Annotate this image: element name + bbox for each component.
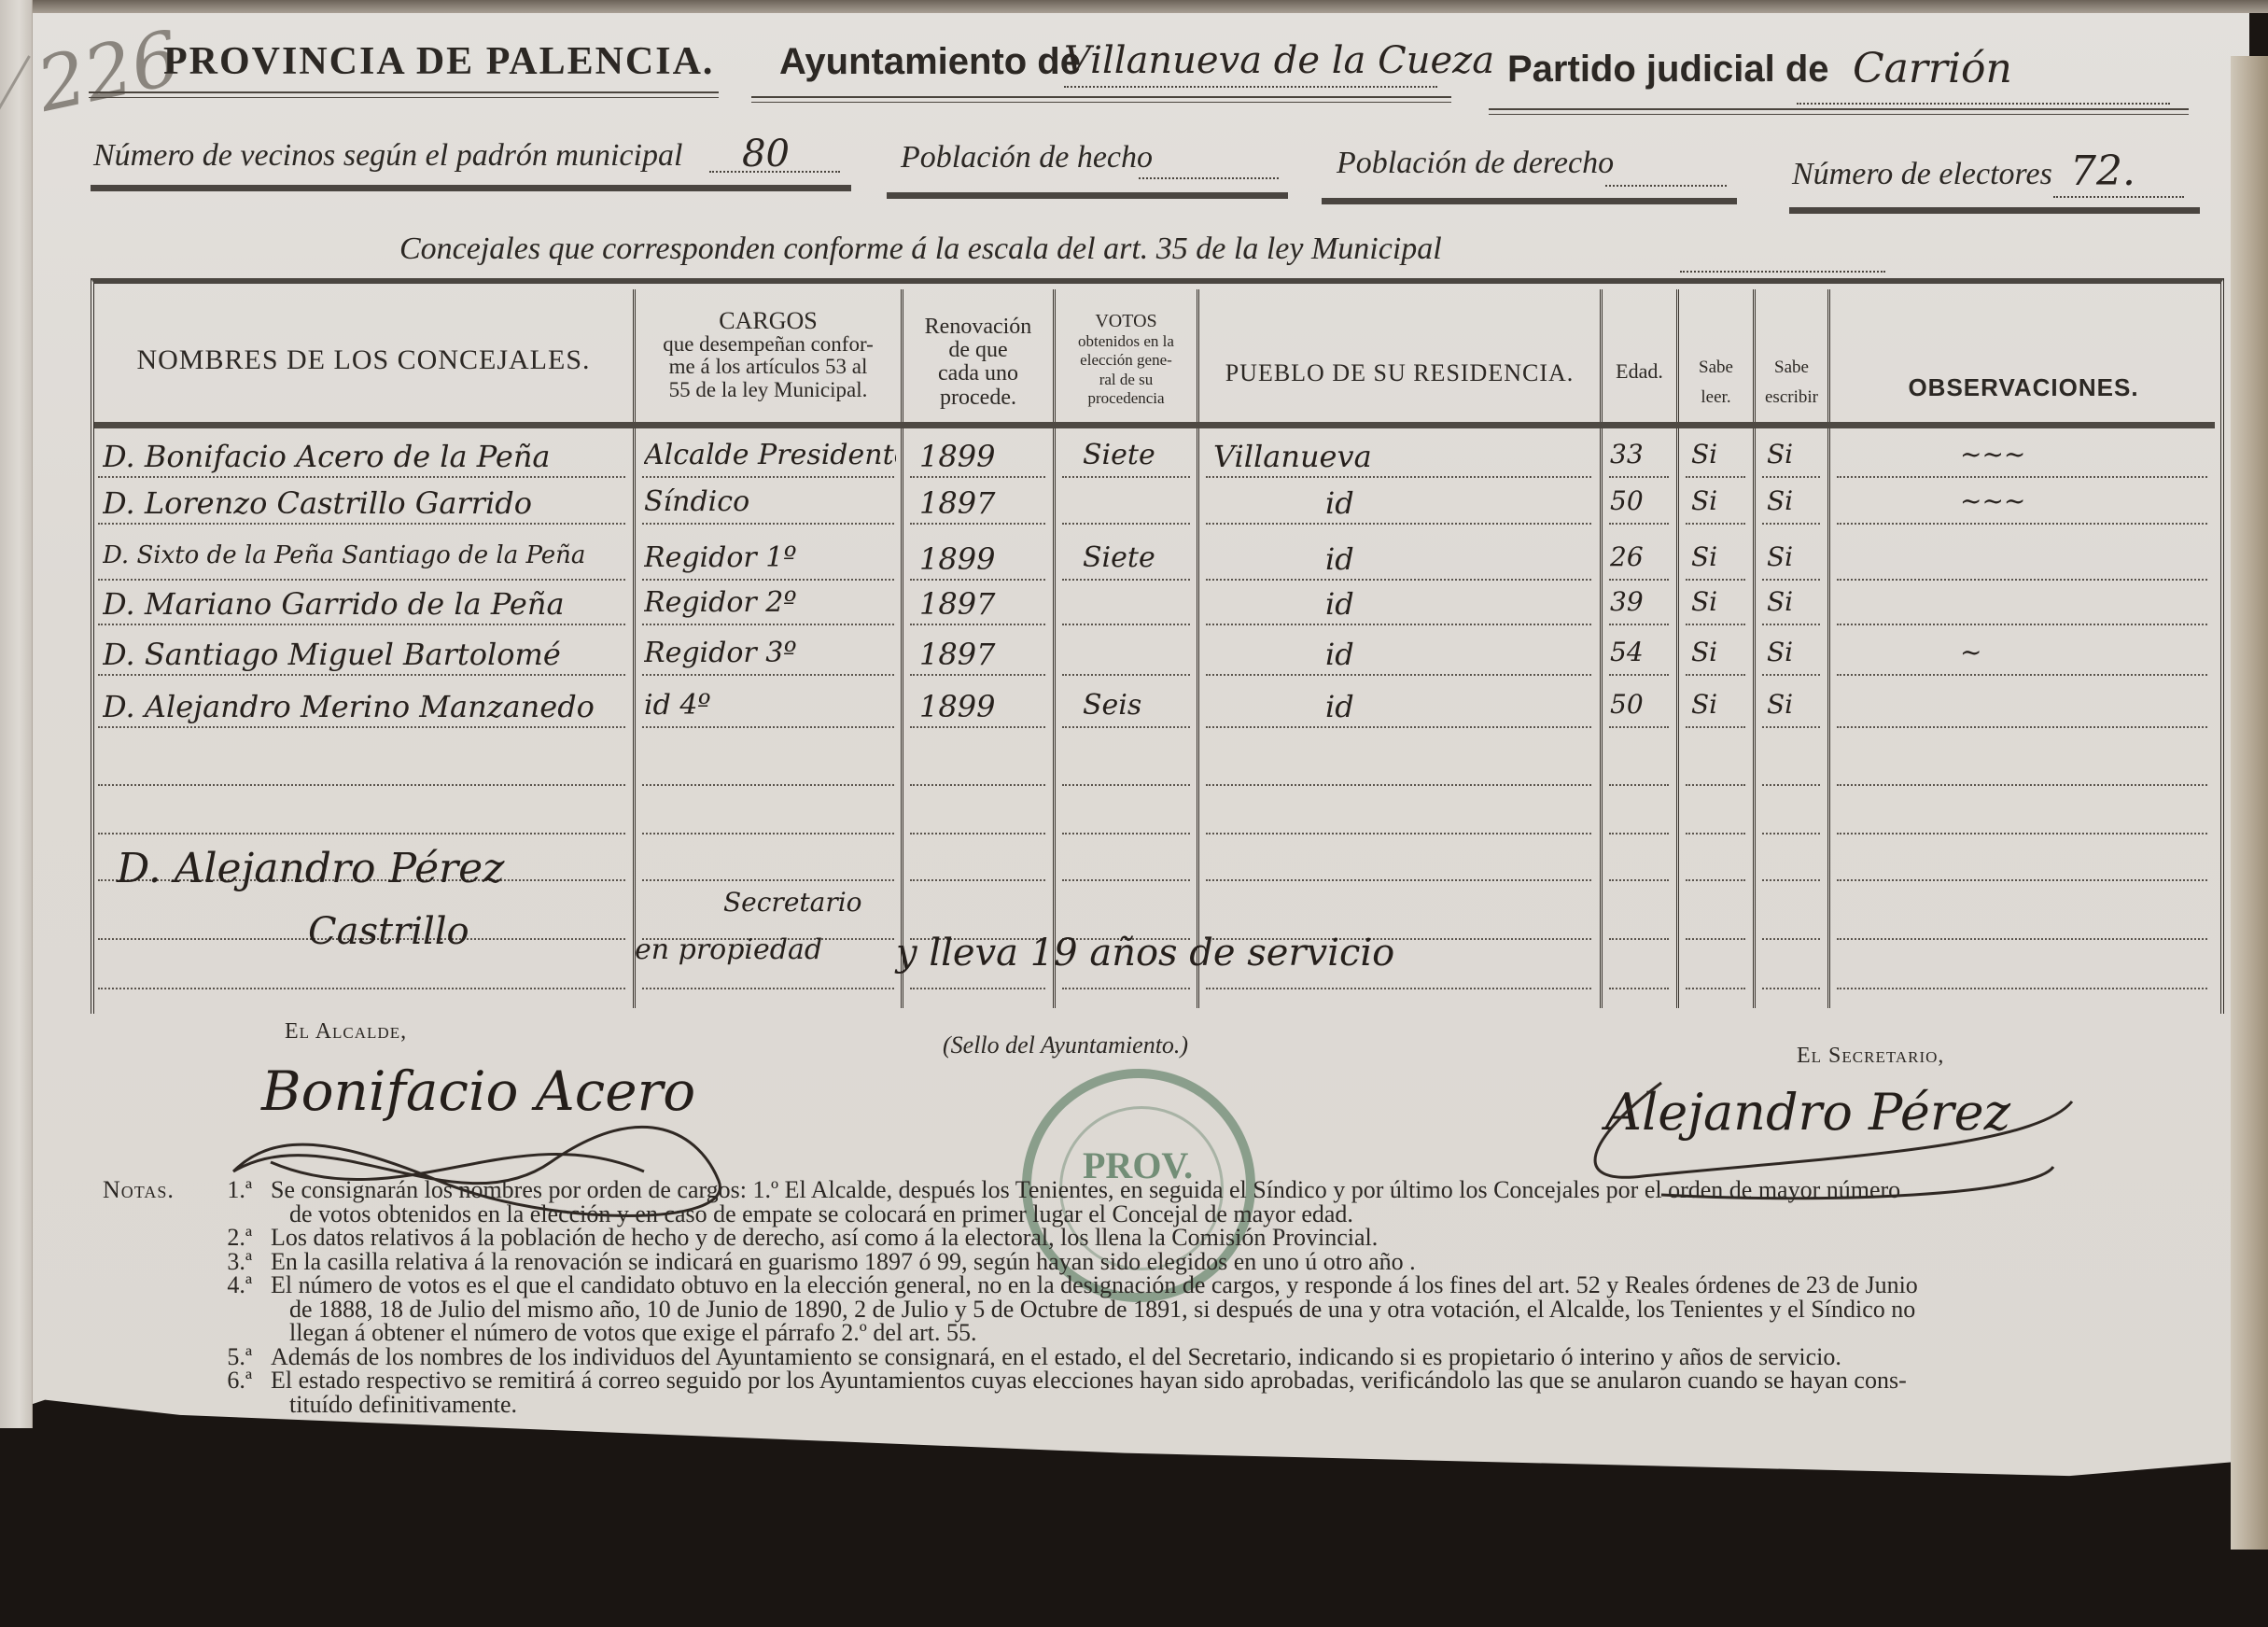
header-votos-sub-2: elección gene- [1056,351,1197,370]
row-dotted-guide [1762,938,1820,940]
row-dotted-guide [1609,726,1669,728]
row-dotted-guide [1206,988,1591,989]
poblacion-derecho-underline [1322,198,1737,204]
partido-label: Partido judicial de [1507,49,1829,91]
note-line: 4.ªEl número de votos es el que el candi… [103,1273,2212,1297]
row-dotted-guide [1206,784,1591,786]
row-dotted-guide [1206,726,1591,728]
note-number [103,1202,271,1227]
provincia-underline [89,91,719,93]
cell-votos: Siete [1083,439,1155,471]
notes-section: Notas. 1.ªSe consignarán los nombres por… [103,1178,2212,1416]
cell-pueblo: id [1325,485,1354,521]
cell-sabe-leer: Si [1691,637,1717,667]
note-number [103,1321,271,1345]
row-dotted-guide [910,879,1045,881]
poblacion-derecho-dotted-line [1605,185,1727,187]
row-dotted-guide [642,879,894,881]
cell-sabe-escribir: Si [1767,439,1793,470]
electores-underline [1789,207,2200,214]
cell-cargo: Regidor 1º [644,541,796,574]
cell-renovacion: 1899 [919,689,995,724]
partido-underline [1489,108,2189,110]
secretario-nombre-line1: D. Alejandro Pérez [117,845,504,892]
cell-pueblo: id [1325,541,1354,577]
row-dotted-guide [642,674,894,676]
row-dotted-guide [1609,476,1669,478]
alcalde-signature: Bonifacio Acero [261,1059,695,1123]
cell-edad: 50 [1610,485,1644,516]
cell-edad: 26 [1610,541,1644,572]
page-top-edge [0,0,2268,13]
cell-pueblo: id [1325,689,1354,724]
row-dotted-guide [642,523,894,525]
row-dotted-guide [1686,674,1745,676]
cell-edad: 54 [1610,637,1644,667]
provincia-title: PROVINCIA DE PALENCIA. [163,39,714,84]
sello-label: (Sello del Ayuntamiento.) [943,1031,1188,1059]
note-number [103,1393,271,1417]
row-dotted-guide [1609,938,1669,940]
col-divider-edad [1600,289,1603,1008]
notes-list: 1.ªSe consignarán los nombres por orden … [103,1178,2212,1416]
row-dotted-guide [642,784,894,786]
row-dotted-guide [98,624,625,625]
row-dotted-guide [1686,879,1745,881]
row-dotted-guide [1206,579,1591,581]
row-dotted-guide [1206,879,1591,881]
row-dotted-guide [1686,938,1745,940]
note-text: llegan á obtener el número de votos que … [271,1321,977,1345]
note-line: 3.ªEn la casilla relativa á la renovació… [103,1250,2212,1274]
cell-nombre: D. Lorenzo Castrillo Garrido [103,485,532,521]
vecinos-value: 80 [742,133,790,175]
ayuntamiento-label: Ayuntamiento de [779,41,1081,83]
ayuntamiento-value: Villanueva de la Cueza [1064,39,1494,82]
row-dotted-guide [1762,726,1820,728]
cell-renovacion: 1899 [919,541,995,577]
row-dotted-guide [1062,784,1190,786]
cell-edad: 33 [1610,439,1644,470]
row-dotted-guide [1837,988,2207,989]
row-dotted-guide [98,833,625,835]
row-dotted-guide [1062,476,1190,478]
row-dotted-guide [1206,476,1591,478]
cell-edad: 39 [1610,586,1644,617]
notes-heading: Notas. [103,1178,175,1202]
cell-observaciones: ~~~ [1960,485,2025,516]
row-dotted-guide [1762,784,1820,786]
row-dotted-guide [1837,784,2207,786]
poblacion-derecho-label: Población de derecho [1337,146,1614,181]
cell-sabe-escribir: Si [1767,586,1793,617]
note-line: 2.ªLos datos relativos á la población de… [103,1226,2212,1250]
cell-sabe-leer: Si [1691,541,1717,572]
row-dotted-guide [98,523,625,525]
header-votos-sub-3: ral de su [1056,371,1197,389]
header-sabe-leer: Sabe leer. [1679,353,1753,414]
header-renovacion-3: cada uno [903,362,1053,386]
row-dotted-guide [98,726,625,728]
header-cargos-sub-3: 55 de la ley Municipal. [636,379,901,401]
row-dotted-guide [1686,726,1745,728]
row-dotted-guide [1062,624,1190,625]
note-text: Los datos relativos á la población de he… [271,1226,1378,1250]
row-dotted-guide [910,988,1045,989]
cell-sabe-escribir: Si [1767,689,1793,720]
note-number: 6.ª [103,1368,271,1393]
row-dotted-guide [1837,879,2207,881]
row-dotted-guide [1837,938,2207,940]
row-dotted-guide [1062,879,1190,881]
poblacion-hecho-underline [887,192,1288,199]
row-dotted-guide [1062,674,1190,676]
row-dotted-guide [1762,476,1820,478]
note-number: 3.ª [103,1250,271,1274]
row-dotted-guide [910,674,1045,676]
header-votos-sub-1: obtenidos en la [1056,332,1197,351]
row-dotted-guide [1609,784,1669,786]
header-sabe-escribir-2: escribir [1756,383,1827,413]
row-dotted-guide [1206,833,1591,835]
note-text: En la casilla relativa á la renovación s… [271,1250,1416,1274]
row-dotted-guide [1762,833,1820,835]
row-dotted-guide [1837,726,2207,728]
row-dotted-guide [98,988,625,989]
row-dotted-guide [910,579,1045,581]
cell-renovacion: 1897 [919,485,995,521]
row-dotted-guide [642,988,894,989]
note-text: El número de votos es el que el candidat… [271,1273,1918,1297]
row-dotted-guide [98,784,625,786]
row-dotted-guide [1609,833,1669,835]
row-dotted-guide [1062,833,1190,835]
note-text: Se consignarán los nombres por orden de … [271,1178,1900,1202]
header-sabe-leer-2: leer. [1679,383,1753,413]
cell-cargo: Regidor 3º [644,637,796,669]
cell-votos: Seis [1083,689,1141,722]
header-sabe-escribir: Sabe escribir [1756,353,1827,414]
cell-sabe-escribir: Si [1767,485,1793,516]
col-divider-pueblo [1197,289,1199,1008]
vecinos-underline [91,185,851,191]
cell-sabe-leer: Si [1691,586,1717,617]
secretario-nombre-line2: Castrillo [308,910,469,953]
note-line: 5.ªAdemás de los nombres de los individu… [103,1345,2212,1369]
header-renovacion-1: Renovación [903,316,1053,339]
electores-label: Número de electores [1792,157,2052,192]
header-sabe-escribir-1: Sabe [1756,353,1827,383]
row-dotted-guide [98,674,625,676]
row-dotted-guide [1762,988,1820,989]
row-dotted-guide [1837,674,2207,676]
concejales-dotted-line [1680,271,1885,273]
poblacion-hecho-label: Población de hecho [901,140,1153,175]
row-dotted-guide [1062,988,1190,989]
row-dotted-guide [1762,579,1820,581]
cell-renovacion: 1897 [919,637,995,672]
row-dotted-guide [1686,624,1745,625]
row-dotted-guide [1837,476,2207,478]
row-dotted-guide [1762,674,1820,676]
note-text: Además de los nombres de los individuos … [271,1345,1841,1369]
note-text: de 1888, 18 de Julio del mismo año, 10 d… [271,1297,1915,1322]
row-dotted-guide [1062,579,1190,581]
ayuntamiento-underline [751,96,1451,98]
note-line: 1.ªSe consignarán los nombres por orden … [103,1178,2212,1202]
cell-cargo: Regidor 2º [644,586,796,619]
note-number: 5.ª [103,1345,271,1369]
row-dotted-guide [910,624,1045,625]
row-dotted-guide [1609,579,1669,581]
row-dotted-guide [98,476,625,478]
header-cargos-title: CARGOS [636,308,901,333]
row-dotted-guide [1609,624,1669,625]
row-dotted-guide [1206,624,1591,625]
header-renovacion: Renovación de que cada uno procede. [903,316,1053,410]
row-dotted-guide [1686,579,1745,581]
note-line: de votos obtenidos en la elección y en c… [103,1202,2212,1227]
cell-votos: Siete [1083,541,1155,574]
header-sabe-leer-1: Sabe [1679,353,1753,383]
partido-value: Carrión [1853,45,2012,92]
page-right-edge [2231,56,2268,1550]
header-cargos-sub-2: me á los artículos 53 al [636,356,901,378]
row-dotted-guide [642,579,894,581]
note-number: 4.ª [103,1273,271,1297]
header-renovacion-2: de que [903,339,1053,362]
cell-sabe-escribir: Si [1767,637,1793,667]
row-dotted-guide [1837,833,2207,835]
header-votos: VOTOS obtenidos en la elección gene- ral… [1056,310,1197,409]
row-dotted-guide [642,476,894,478]
row-dotted-guide [1837,523,2207,525]
vecinos-dotted-line [709,171,840,173]
partido-dotted-line [1797,103,2170,105]
header-votos-sub-4: procedencia [1056,389,1197,408]
ayuntamiento-dotted-line [1064,86,1437,88]
row-dotted-guide [642,726,894,728]
header-nombres: NOMBRES DE LOS CONCEJALES. [94,345,633,375]
row-dotted-guide [1609,674,1669,676]
header-edad: Edad. [1603,360,1676,382]
cell-observaciones: ~~~ [1960,439,2025,470]
cell-sabe-escribir: Si [1767,541,1793,572]
row-dotted-guide [1686,988,1745,989]
secretario-servicio-nota: y lleva 19 años de servicio [896,932,1394,975]
row-dotted-guide [910,784,1045,786]
row-dotted-guide [910,523,1045,525]
header-renovacion-4: procede. [903,386,1053,410]
header-observaciones: OBSERVACIONES. [1830,375,2217,400]
cell-sabe-leer: Si [1691,689,1717,720]
electores-value: 72. [2070,147,2135,195]
row-dotted-guide [1762,523,1820,525]
row-dotted-guide [1686,784,1745,786]
cell-nombre: D. Santiago Miguel Bartolomé [103,637,561,672]
row-dotted-guide [1762,879,1820,881]
cell-sabe-leer: Si [1691,485,1717,516]
cell-nombre: D. Sixto de la Peña Santiago de la Peña [103,541,585,569]
vecinos-label: Número de vecinos según el padrón munici… [93,138,682,174]
cell-nombre: D. Bonifacio Acero de la Peña [103,439,551,474]
electores-dotted-line [2053,196,2184,198]
note-number [103,1297,271,1322]
cell-edad: 50 [1610,689,1644,720]
alcalde-label: El Alcalde, [285,1019,407,1045]
cell-cargo: Alcalde Presidente [644,439,896,471]
row-dotted-guide [1062,523,1190,525]
row-dotted-guide [642,833,894,835]
cell-nombre: D. Alejandro Merino Manzanedo [103,689,595,724]
row-dotted-guide [1686,523,1745,525]
note-line: llegan á obtener el número de votos que … [103,1321,2212,1345]
cell-renovacion: 1897 [919,586,995,622]
row-dotted-guide [642,624,894,625]
cell-pueblo: Villanueva [1213,439,1372,474]
row-dotted-guide [1686,833,1745,835]
poblacion-hecho-dotted-line [1139,177,1279,179]
header-rule [94,422,2215,428]
row-dotted-guide [910,833,1045,835]
cell-sabe-leer: Si [1691,439,1717,470]
header-cargos-sub-1: que desempeñan confor- [636,333,901,356]
row-dotted-guide [1837,579,2207,581]
cell-cargo: Síndico [644,485,749,518]
row-dotted-guide [1206,674,1591,676]
row-dotted-guide [1062,726,1190,728]
note-line: tituído definitivamente. [103,1393,2212,1417]
row-dotted-guide [1609,988,1669,989]
note-text: El estado respectivo se remitirá á corre… [271,1368,1907,1393]
row-dotted-guide [910,726,1045,728]
row-dotted-guide [1762,624,1820,625]
note-text: de votos obtenidos en la elección y en c… [271,1202,1353,1227]
row-dotted-guide [1206,523,1591,525]
concejales-escala-line: Concejales que corresponden conforme á l… [399,231,1442,267]
note-line: de 1888, 18 de Julio del mismo año, 10 d… [103,1297,2212,1322]
row-dotted-guide [1609,879,1669,881]
row-dotted-guide [1609,523,1669,525]
header-votos-title: VOTOS [1056,310,1197,332]
row-dotted-guide [910,476,1045,478]
cell-pueblo: id [1325,586,1354,622]
cell-renovacion: 1899 [919,439,995,474]
note-text: tituído definitivamente. [271,1393,517,1417]
secretario-cargo-line2: en propiedad [635,933,822,966]
book-binding [0,0,33,1428]
row-dotted-guide [1837,624,2207,625]
row-dotted-guide [98,579,625,581]
cell-cargo: id 4º [644,689,711,722]
header-cargos: CARGOS que desempeñan confor- me á los a… [636,308,901,401]
secretario-cargo-line1: Secretario [723,887,862,918]
cell-pueblo: id [1325,637,1354,672]
note-line: 6.ªEl estado respectivo se remitirá á co… [103,1368,2212,1393]
cell-observaciones: ~ [1960,637,1981,667]
note-number: 2.ª [103,1226,271,1250]
cell-nombre: D. Mariano Garrido de la Peña [103,586,565,622]
row-dotted-guide [1686,476,1745,478]
header-pueblo: PUEBLO DE SU RESIDENCIA. [1199,360,1600,386]
